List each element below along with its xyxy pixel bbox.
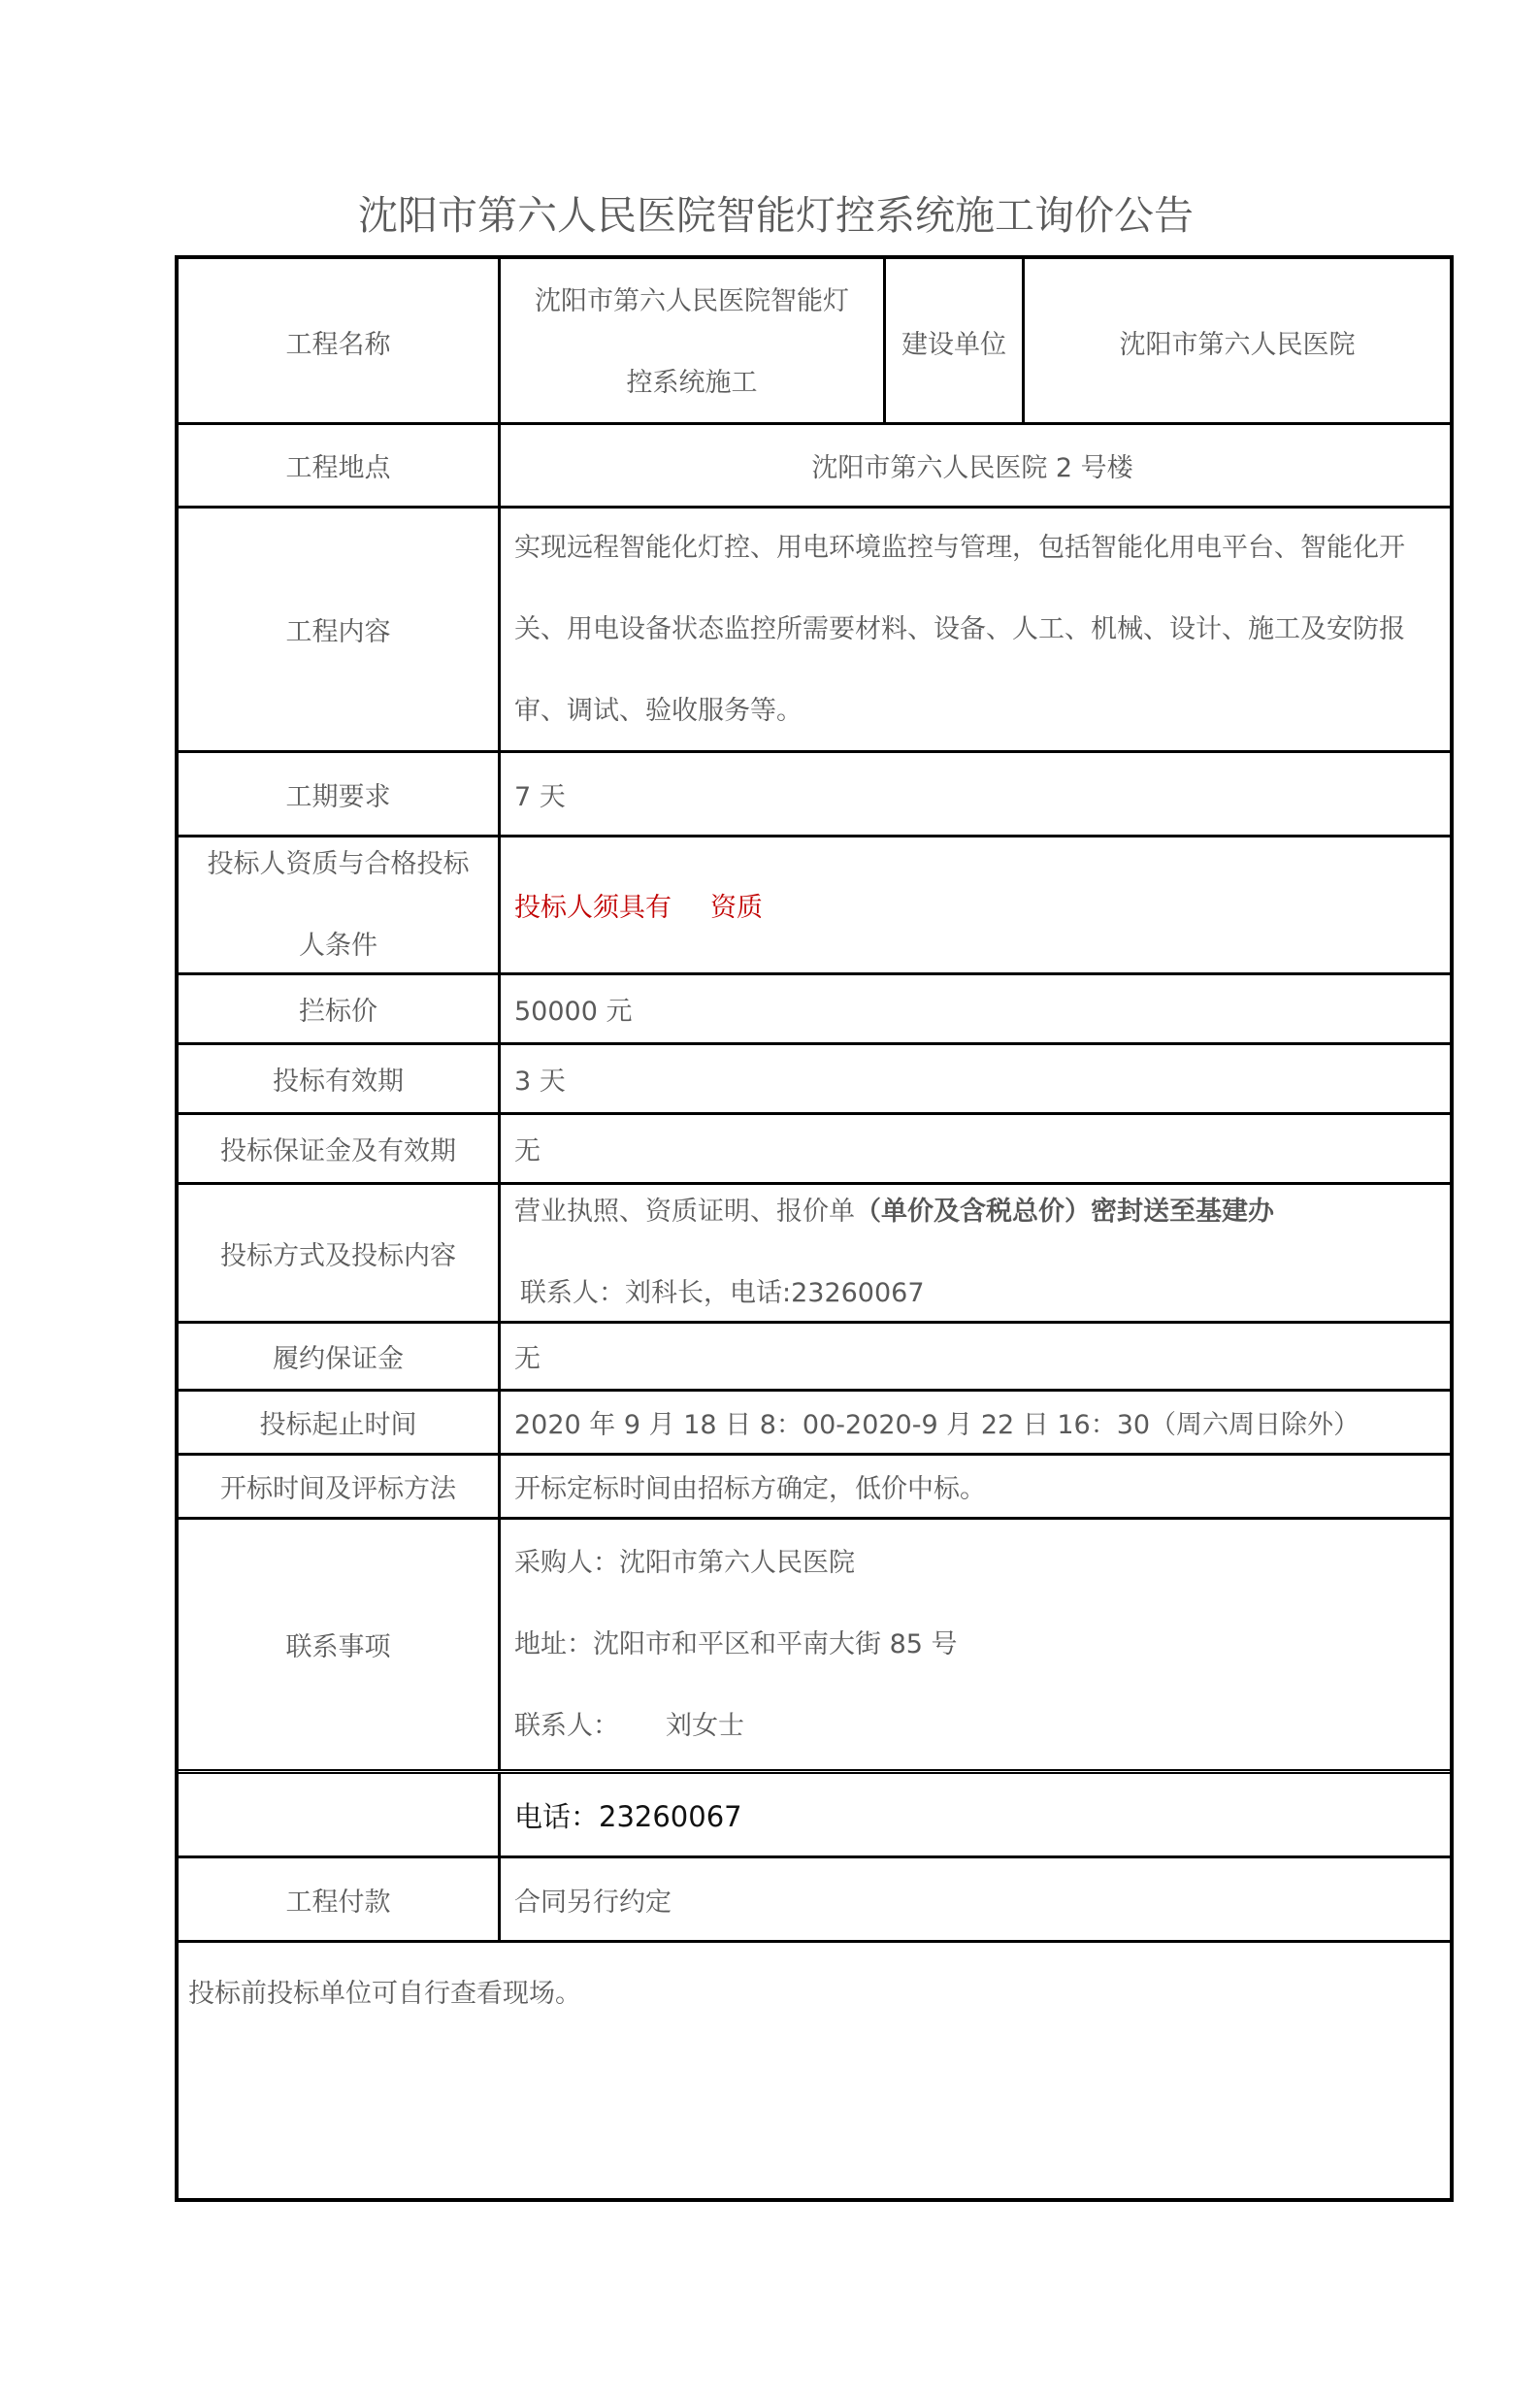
label-duration: 工期要求: [179, 753, 501, 835]
label-bid-validity: 投标有效期: [179, 1045, 501, 1112]
tender-info-table: 工程名称 沈阳市第六人民医院智能灯 控系统施工 建设单位 沈阳市第六人民医院 工…: [175, 255, 1454, 2202]
project-name-line1: 沈阳市第六人民医院智能灯: [535, 261, 849, 343]
row-payment: 工程付款 合同另行约定: [179, 1855, 1450, 1940]
value-phone: 电话：23260067: [501, 1774, 1450, 1855]
content-line-3: 审、调试、验收服务等。: [514, 671, 1405, 752]
row-bid-validity: 投标有效期 3 天: [179, 1042, 1450, 1112]
row-project-content: 工程内容 实现远程智能化灯控、用电环境监控与管理，包括智能化用电平台、智能化开 …: [179, 506, 1450, 750]
label-bidder-qualification: 投标人资质与合格投标 人条件: [179, 837, 501, 972]
page-title: 沈阳市第六人民医院智能灯控系统施工询价公告: [0, 186, 1540, 245]
value-project-location: 沈阳市第六人民医院 2 号楼: [501, 425, 1450, 506]
contact-person: 联系人：刘女士: [514, 1686, 958, 1767]
note-text: 投标前投标单位可自行查看现场。: [179, 1943, 1450, 2198]
contact-purchaser: 采购人：沈阳市第六人民医院: [514, 1523, 958, 1604]
value-performance-bond: 无: [501, 1324, 1450, 1389]
label-payment: 工程付款: [179, 1858, 501, 1940]
value-project-name: 沈阳市第六人民医院智能灯 控系统施工: [501, 259, 886, 425]
label-owner: 建设单位: [886, 259, 1025, 425]
row-performance-bond: 履约保证金 无: [179, 1321, 1450, 1389]
project-name-line2: 控系统施工: [535, 343, 849, 424]
label-phone-empty: [179, 1774, 501, 1855]
value-ceiling-price: 50000 元: [501, 975, 1450, 1042]
row-bid-method: 投标方式及投标内容 营业执照、资质证明、报价单（单价及含税总价）密封送至基建办 …: [179, 1182, 1450, 1321]
row-duration: 工期要求 7 天: [179, 750, 1450, 835]
label-bid-period: 投标起止时间: [179, 1392, 501, 1453]
content-line-2: 关、用电设备状态监控所需要材料、设备、人工、机械、设计、施工及安防报: [514, 589, 1405, 671]
label-project-location: 工程地点: [179, 425, 501, 506]
value-bid-period: 2020 年 9 月 18 日 8：00-2020-9 月 22 日 16：30…: [501, 1392, 1450, 1453]
row-note: 投标前投标单位可自行查看现场。: [179, 1940, 1450, 2198]
bid-method-normal: 营业执照、资质证明、报价单: [514, 1197, 855, 1227]
label-performance-bond: 履约保证金: [179, 1324, 501, 1389]
value-bid-validity: 3 天: [501, 1045, 1450, 1112]
label-bid-bond: 投标保证金及有效期: [179, 1115, 501, 1182]
row-ceiling-price: 拦标价 50000 元: [179, 972, 1450, 1042]
row-opening-evaluation: 开标时间及评标方法 开标定标时间由招标方确定，低价中标。: [179, 1453, 1450, 1517]
qualification-part2: 资质: [710, 886, 763, 924]
value-project-content: 实现远程智能化灯控、用电环境监控与管理，包括智能化用电平台、智能化开 关、用电设…: [501, 509, 1450, 750]
row-bidder-qualification: 投标人资质与合格投标 人条件 投标人须具有资质: [179, 835, 1450, 972]
value-duration: 7 天: [501, 753, 1450, 835]
label-project-name: 工程名称: [179, 259, 501, 425]
value-bidder-qualification: 投标人须具有资质: [501, 837, 1450, 972]
label-opening-evaluation: 开标时间及评标方法: [179, 1456, 501, 1517]
row-project-name: 工程名称 沈阳市第六人民医院智能灯 控系统施工 建设单位 沈阳市第六人民医院: [179, 259, 1450, 425]
value-payment: 合同另行约定: [501, 1858, 1450, 1940]
contact-person-name: 刘女士: [666, 1711, 744, 1741]
contact-address: 地址：沈阳市和平区和平南大街 85 号: [514, 1604, 958, 1686]
value-owner: 沈阳市第六人民医院: [1025, 259, 1450, 425]
value-contact: 采购人：沈阳市第六人民医院 地址：沈阳市和平区和平南大街 85 号 联系人：刘女…: [501, 1520, 1450, 1769]
value-opening-evaluation: 开标定标时间由招标方确定，低价中标。: [501, 1456, 1450, 1517]
row-bid-period: 投标起止时间 2020 年 9 月 18 日 8：00-2020-9 月 22 …: [179, 1389, 1450, 1453]
bid-method-bold: （单价及含税总价）密封送至基建办: [855, 1197, 1274, 1227]
contact-person-label: 联系人：: [514, 1711, 619, 1741]
label-ceiling-price: 拦标价: [179, 975, 501, 1042]
row-contact: 联系事项 采购人：沈阳市第六人民医院 地址：沈阳市和平区和平南大街 85 号 联…: [179, 1517, 1450, 1769]
label-bid-method: 投标方式及投标内容: [179, 1185, 501, 1321]
content-line-1: 实现远程智能化灯控、用电环境监控与管理，包括智能化用电平台、智能化开: [514, 508, 1405, 589]
row-project-location: 工程地点 沈阳市第六人民医院 2 号楼: [179, 422, 1450, 506]
bid-method-line1: 营业执照、资质证明、报价单（单价及含税总价）密封送至基建办: [514, 1171, 1274, 1253]
label-contact: 联系事项: [179, 1520, 501, 1769]
qualification-part1: 投标人须具有: [514, 886, 672, 924]
qualification-label-line1: 投标人资质与合格投标: [208, 824, 470, 905]
label-project-content: 工程内容: [179, 509, 501, 750]
value-bid-method: 营业执照、资质证明、报价单（单价及含税总价）密封送至基建办 联系人：刘科长，电话…: [501, 1185, 1450, 1321]
row-phone: 电话：23260067: [179, 1769, 1450, 1855]
